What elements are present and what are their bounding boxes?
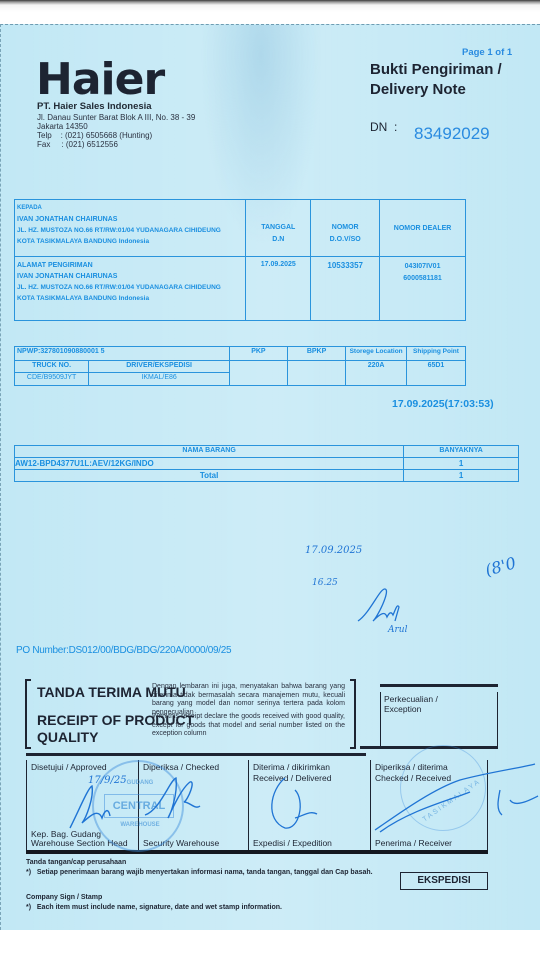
tanggal-value: 17.09.2025 (246, 257, 311, 321)
scan-top-edge (0, 0, 540, 24)
receipt-text-en: With this receipt declare the goods rece… (152, 713, 345, 739)
receipt-divider (26, 753, 366, 756)
item-qty: 1 (404, 458, 519, 470)
dealer-value: 043I07IV01 6000581181 (380, 257, 466, 321)
sign-id-title: Tanda tangan/cap perusahaan (26, 859, 126, 866)
table-row: AW12-BPD4377U1L:AEV/12KG/INDO 1 (15, 458, 519, 470)
scan-bottom-edge (0, 930, 540, 960)
company-name: PT. Haier Sales Indonesia (37, 101, 152, 112)
haier-logo: Haier (36, 58, 164, 102)
page-indicator: Page 1 of 1 (462, 47, 512, 58)
receipt-bracket-left (25, 679, 31, 749)
storage-location-value: 220A (346, 361, 407, 386)
company-fax: Fax : (021) 6512556 (37, 140, 118, 149)
pkp-value (230, 361, 288, 386)
npwp: NPWP:327801090880001 5 (15, 347, 230, 361)
dn-number: 83492029 (414, 124, 490, 144)
company-city: Jakarta 14350 (37, 122, 88, 131)
nomor-do-header: NOMOR D.O.V/SO (311, 200, 380, 257)
recipient-address-1: JL. HZ. MUSTOZA NO.66 RT/RW:01/04 YUDANA… (17, 225, 243, 236)
truck-no-header: TRUCK NO. (15, 361, 89, 373)
kepada-label: KEPADA (17, 203, 243, 214)
driver-value: IKMAL/E86 (89, 373, 230, 386)
copy-label-ekspedisi: EKSPEDISI (400, 872, 488, 890)
truck-no-value: CDE/B9509JYT (15, 373, 89, 386)
sign-en-title: Company Sign / Stamp (26, 894, 102, 901)
document-title-line1: Bukti Pengiriman / (370, 60, 502, 80)
item-name: AW12-BPD4377U1L:AEV/12KG/INDO (15, 458, 404, 470)
signature-receiver-icon (370, 760, 540, 840)
receipt-title-en-2: QUALITY (37, 729, 98, 745)
handwritten-time: 16.25 (312, 578, 338, 588)
tanggal-header: TANGGAL D.N (246, 200, 311, 257)
company-phone: Telp : (021) 6505668 (Hunting) (37, 131, 152, 140)
shipping-name: IVAN JONATHAN CHAIRUNAS (17, 271, 243, 282)
dn-label: DN : (370, 120, 397, 134)
exception-label: Perkecualian / Exception (384, 694, 438, 714)
exception-box: Perkecualian / Exception (370, 678, 488, 754)
transport-table: NPWP:327801090880001 5 PKP BPKP Storege … (14, 346, 466, 386)
receipt-bracket-right (350, 679, 356, 749)
items-header-name: NAMA BARANG (15, 446, 404, 458)
recipient-cell: KEPADA IVAN JONATHAN CHAIRUNAS JL. HZ. M… (15, 200, 246, 257)
po-number: PO Number:DS012/00/BDG/BDG/220A/0000/09/… (16, 645, 231, 656)
sign-en-note: *) Each item must include name, signatur… (26, 904, 282, 911)
document-title: Bukti Pengiriman / Delivery Note (370, 60, 502, 100)
total-label: Total (15, 470, 404, 482)
shipping-label: ALAMAT PENGIRIMAN (17, 260, 243, 271)
bpkp-value (287, 361, 346, 386)
shipping-cell: ALAMAT PENGIRIMAN IVAN JONATHAN CHAIRUNA… (15, 257, 246, 321)
print-timestamp: 17.09.2025(17:03:53) (392, 398, 494, 410)
signature-checked-icon (140, 770, 210, 830)
pkp-header: PKP (230, 347, 288, 361)
shipping-point-header: Shipping Point (406, 347, 465, 361)
items-table: NAMA BARANG BANYAKNYA AW12-BPD4377U1L:AE… (14, 445, 519, 482)
handwritten-date: 17.09.2025 (305, 545, 362, 556)
driver-header: DRIVER/EKSPEDISI (89, 361, 230, 373)
company-address: Jl. Danau Sunter Barat Blok A III, No. 3… (37, 113, 195, 122)
recipient-address-2: KOTA TASIKMALAYA BANDUNG Indonesia (17, 236, 243, 247)
nomor-dealer-header: NOMOR DEALER (380, 200, 466, 257)
storage-location-header: Storege Location (346, 347, 407, 361)
shipping-address-1: JL. HZ. MUSTOZA NO.66 RT/RW:01/04 YUDANA… (17, 282, 243, 293)
sign-id-note: *) Setiap penerimaan barang wajib menyer… (26, 869, 373, 876)
items-header-qty: BANYAKNYA (404, 446, 519, 458)
document-title-line2: Delivery Note (370, 80, 502, 100)
nomor-do-value: 10533357 (311, 257, 380, 321)
total-qty: 1 (404, 470, 519, 482)
handwritten-name: Arul (388, 625, 407, 635)
delivery-info-table: KEPADA IVAN JONATHAN CHAIRUNAS JL. HZ. M… (14, 199, 466, 321)
recipient-name: IVAN JONATHAN CHAIRUNAS (17, 214, 243, 225)
shipping-point-value: 65D1 (406, 361, 465, 386)
shipping-address-2: KOTA TASIKMALAYA BANDUNG Indonesia (17, 293, 243, 304)
signature-delivered-icon (255, 770, 335, 840)
signature-approved-icon (60, 778, 120, 838)
bpkp-header: BPKP (287, 347, 346, 361)
